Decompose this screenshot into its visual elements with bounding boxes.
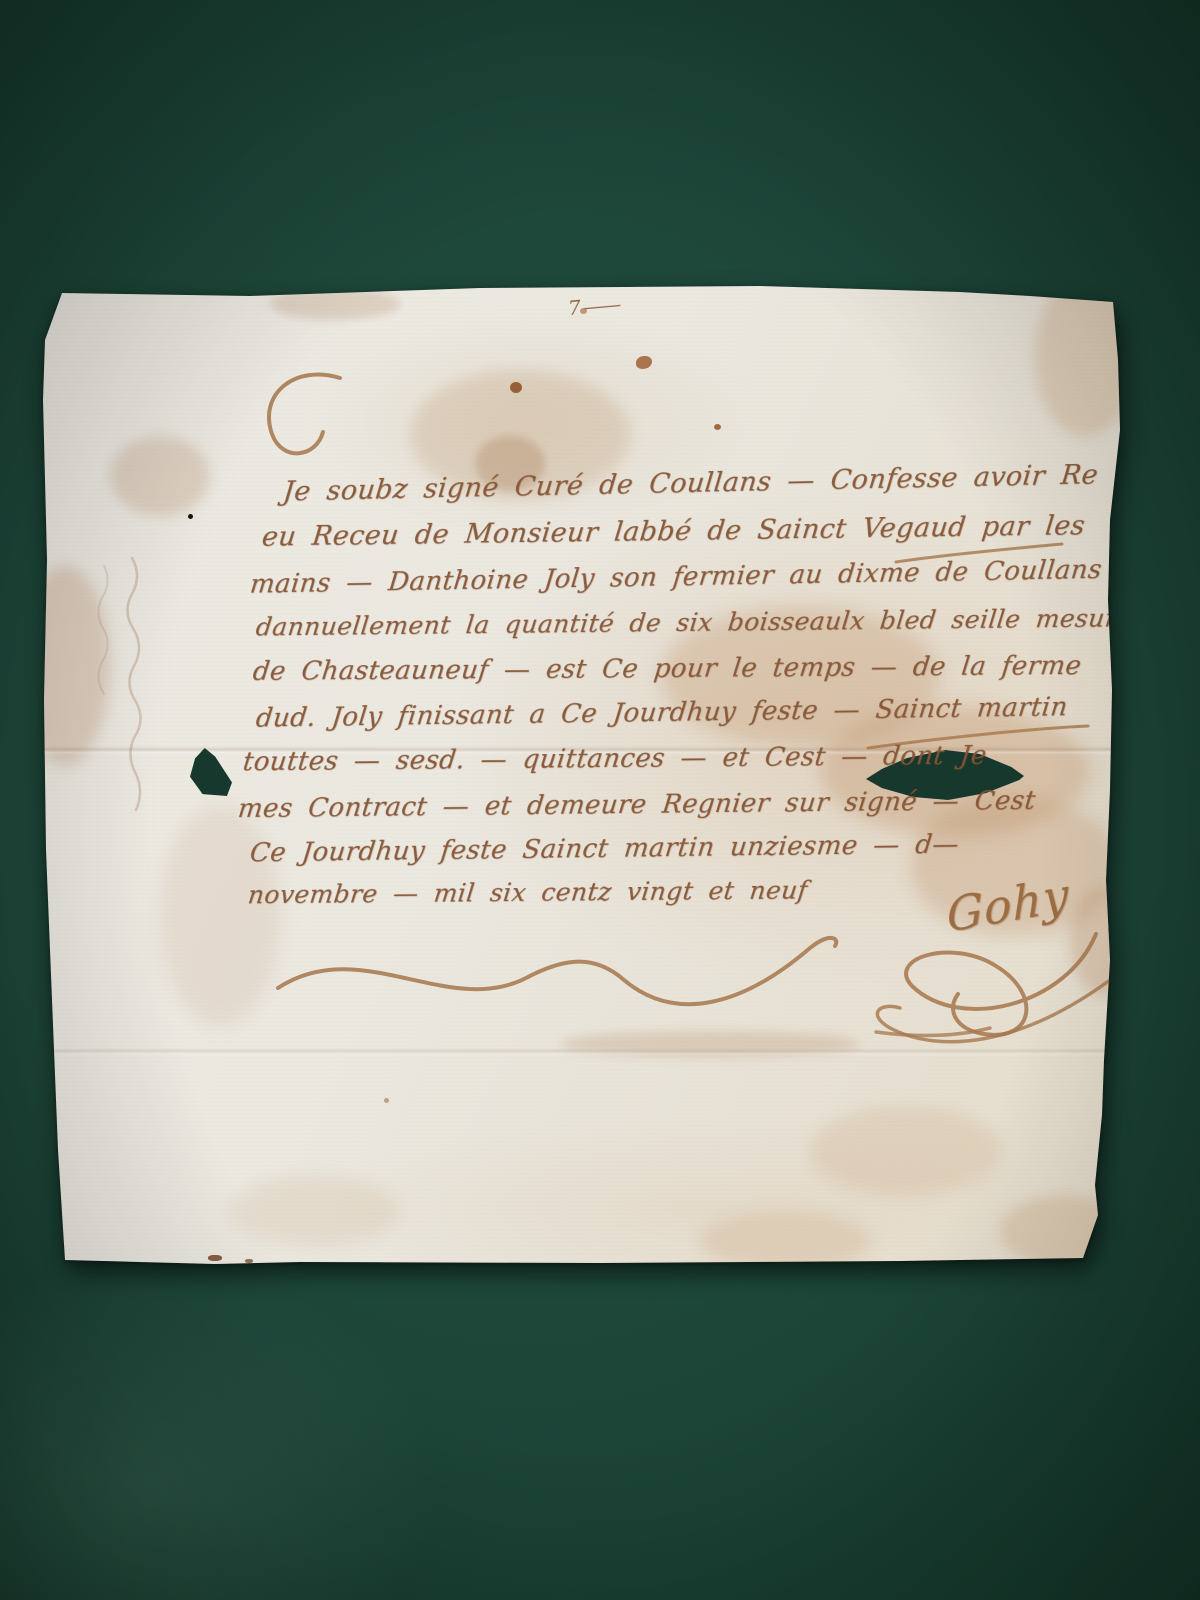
manuscript-line-8: mes Contract — et demeure Regnier sur si… xyxy=(236,786,1037,824)
ink-blot xyxy=(384,1098,389,1103)
manuscript-line-7: touttes — sesd. — quittances — et Cest —… xyxy=(241,741,988,778)
fold-crease xyxy=(40,1048,1122,1056)
stain xyxy=(810,1106,1000,1196)
bleedthrough-writing xyxy=(127,558,140,810)
signature: Gohy xyxy=(946,867,1070,943)
edge-speck xyxy=(208,1255,222,1261)
manuscript-line-5: de Chasteauneuf — est Ce pour le temps —… xyxy=(251,651,1083,687)
manuscript-line-3: mains — Danthoine Joly son fermier au di… xyxy=(248,554,1145,600)
edge-speck xyxy=(245,1259,253,1263)
stain xyxy=(700,1211,870,1271)
stain xyxy=(270,288,400,320)
stain xyxy=(230,1176,400,1246)
signature-paraph xyxy=(876,1028,990,1035)
photo-scene: 7 —— Je soubz signé Curé de Coullans — C… xyxy=(0,0,1200,1600)
stain xyxy=(1070,886,1140,996)
stain xyxy=(1000,1196,1130,1266)
manuscript-line-1: Je soubz signé Curé de Coullans — Confes… xyxy=(282,459,1100,507)
bleedthrough-writing xyxy=(98,566,107,694)
paper-sheet-wrapper: 7 —— Je soubz signé Curé de Coullans — C… xyxy=(40,286,1122,1266)
archival-mark: 7 —— xyxy=(567,292,620,320)
stain xyxy=(560,1031,860,1057)
stain xyxy=(1035,276,1135,436)
manuscript-paper-sheet: 7 —— Je soubz signé Curé de Coullans — C… xyxy=(40,286,1122,1266)
ink-blot xyxy=(636,356,652,369)
signature-paraph xyxy=(877,980,1110,1042)
ink-blot xyxy=(510,382,522,393)
manuscript-line-4: dannuellement la quantité de six boissea… xyxy=(254,603,1134,641)
bottom-flourish xyxy=(278,938,836,1004)
manuscript-line-10: novembre — mil six centz vingt et neuf xyxy=(246,876,809,910)
manuscript-line-9: Ce Jourdhuy feste Sainct martin unziesme… xyxy=(248,830,960,869)
stain xyxy=(110,436,210,516)
ink-blot xyxy=(714,424,721,430)
stain xyxy=(20,566,110,766)
capital-flourish xyxy=(269,375,340,454)
pinhole xyxy=(188,514,193,519)
manuscript-line-2: eu Receu de Monsieur labbé de Sainct Veg… xyxy=(260,510,1086,553)
signature-paraph xyxy=(906,934,1096,1035)
manuscript-line-6: dud. Joly finissant a Ce Jourdhuy feste … xyxy=(254,692,1069,733)
worm-hole-left xyxy=(190,748,232,796)
